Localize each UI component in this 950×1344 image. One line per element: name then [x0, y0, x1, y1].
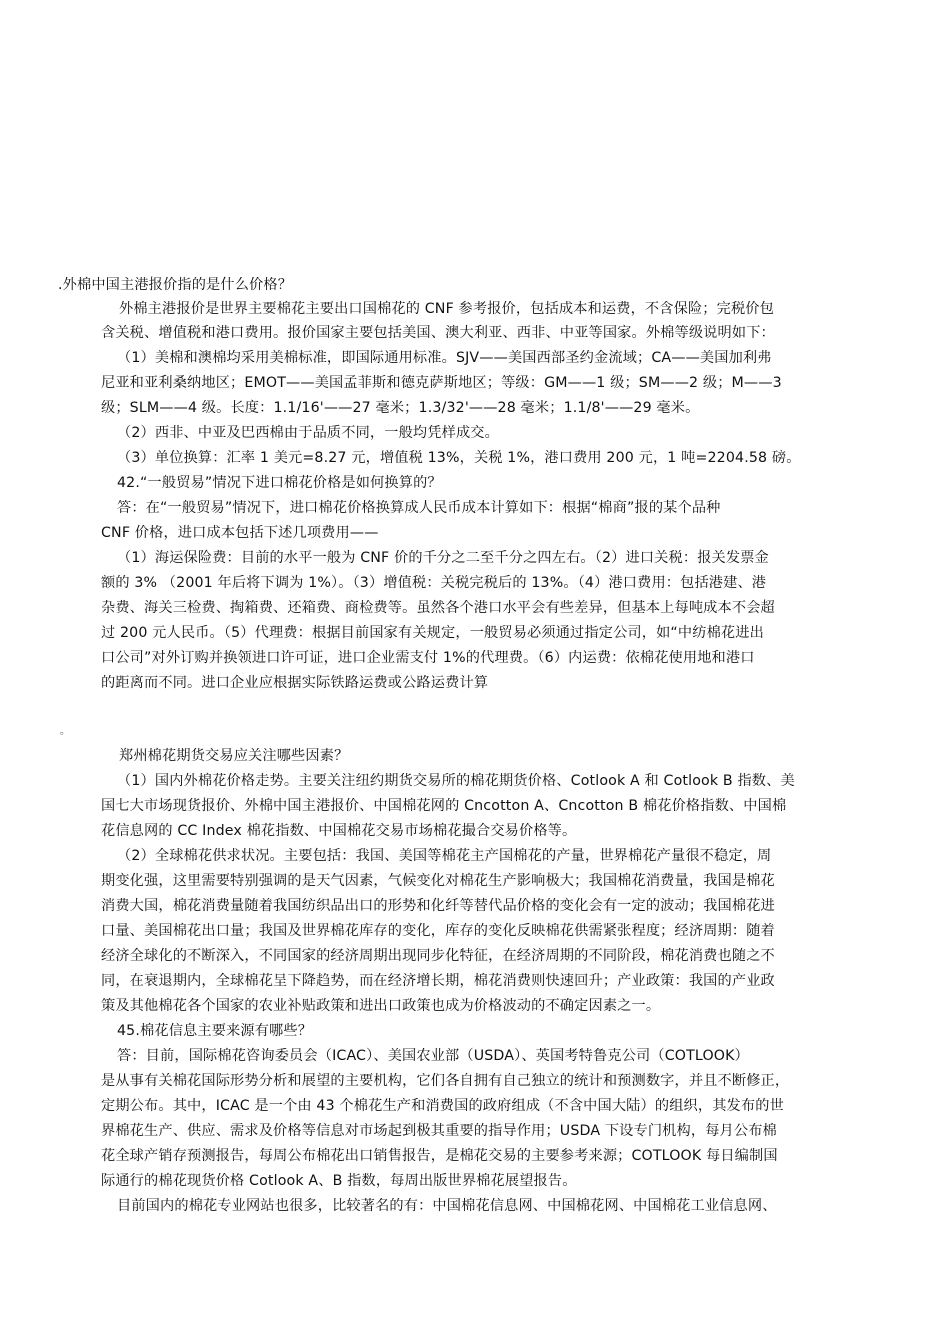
text-line: 国七大市场现货报价、外棉中国主港报价、中国棉花网的 Cncotton A、Cnc… [101, 796, 786, 816]
text-line: （1）美棉和澳棉均采用美棉标准，即国际通用标准。SJV——美国西部圣约金流域；C… [117, 348, 772, 368]
text-line: 目前国内的棉花专业网站也很多，比较著名的有：中国棉花信息网、中国棉花网、中国棉花… [117, 1196, 777, 1216]
text-line: （1）海运保险费：目前的水平一般为 CNF 价的千分之二至千分之四左右。（2）进… [117, 548, 769, 568]
text-line: 花全球产销存预测报告，每周公布棉花出口销售报告，是棉花交易的主要参考来源；COT… [101, 1146, 778, 1166]
text-line: 花信息网的 CC Index 棉花指数、中国棉花交易市场棉花撮合交易价格等。 [101, 821, 576, 841]
text-line: 外棉主港报价是世界主要棉花主要出口国棉花的 CNF 参考报价，包括成本和运费，不… [119, 299, 774, 319]
text-line: 定期公布。其中，ICAC 是一个由 43 个棉花生产和消费国的政府组成（不含中国… [101, 1096, 784, 1116]
text-line: 答：目前，国际棉花咨询委员会（ICAC）、美国农业部（USDA）、英国考特鲁克公… [117, 1046, 749, 1066]
text-line: 含关税、增值税和港口费用。报价国家主要包括美国、澳大利亚、西非、中亚等国家。外棉… [101, 323, 775, 343]
text-line: 答：在“一般贸易”情况下，进口棉花价格换算成人民币成本计算如下：根据“棉商”报的… [117, 498, 721, 518]
stray-punctuation: 。 [60, 722, 70, 737]
text-line: 经济全球化的不断深入，不同国家的经济周期出现同步化特征，在经济周期的不同阶段，棉… [101, 946, 775, 966]
text-line: 际通行的棉花现货价格 Cotlook A、B 指数，每周出版世界棉花展望报告。 [101, 1171, 577, 1191]
text-line: 42.“一般贸易”情况下进口棉花价格是如何换算的？ [117, 473, 442, 493]
text-line: 郑州棉花期货交易应关注哪些因素？ [119, 746, 348, 766]
text-line: 是从事有关棉花国际形势分析和展望的主要机构，它们各自拥有自己独立的统计和预测数字… [101, 1071, 789, 1091]
text-line: 界棉花生产、供应、需求及价格等信息对市场起到极其重要的指导作用；USDA 下设专… [101, 1121, 777, 1141]
text-line: CNF 价格，进口成本包括下述几项费用—— [101, 523, 379, 543]
text-line: 的距离而不同。进口企业应根据实际铁路运费或公路运费计算 [101, 673, 488, 693]
text-line: （2）西非、中亚及巴西棉由于品质不同，一般均凭样成交。 [117, 423, 499, 443]
text-line: 策及其他棉花各个国家的农业补贴政策和进出口政策也成为价格波动的不确定因素之一。 [101, 996, 660, 1016]
text-line: 同，在衰退期内，全球棉花呈下降趋势，而在经济增长期，棉花消费则快速回升；产业政策… [101, 971, 775, 991]
text-line: 期变化强，这里需要特别强调的是天气因素，气候变化对棉花生产影响极大；我国棉花消费… [101, 871, 775, 891]
text-line: 口公司”对外订购并换领进口许可证，进口企业需支付 1%的代理费。（6）内运费：依… [101, 648, 755, 668]
text-line: （2）全球棉花供求状况。主要包括：我国、美国等棉花主产国棉花的产量，世界棉花产量… [117, 846, 771, 866]
text-line: 级；SLM——4 级。长度：1.1/16'——27 毫米；1.3/32'——28… [101, 398, 699, 418]
text-line: 过 200 元人民币。（5）代理费：根据目前国家有关规定，一般贸易必须通过指定公… [101, 623, 764, 643]
text-line: 口量、美国棉花出口量；我国及世界棉花库存的变化，库存的变化反映棉花供需紧张程度；… [101, 921, 775, 941]
text-line: 45.棉花信息主要来源有哪些？ [117, 1021, 312, 1041]
document-page: 。 .外棉中国主港报价指的是什么价格？外棉主港报价是世界主要棉花主要出口国棉花的… [0, 0, 950, 1344]
text-line: （3）单位换算：汇率 1 美元=8.27 元，增值税 13%，关税 1%，港口费… [117, 448, 801, 468]
text-line: （1）国内外棉花价格走势。主要关注纽约期货交易所的棉花期货价格、Cotlook … [117, 771, 795, 791]
text-line: 额的 3% （2001 年后将下调为 1%）。（3）增值税：关税完税后的 13%… [101, 573, 766, 593]
text-line: 杂费、海关三检费、掏箱费、还箱费、商检费等。虽然各个港口水平会有些差异，但基本上… [101, 598, 775, 618]
text-line: .外棉中国主港报价指的是什么价格？ [58, 275, 292, 295]
text-line: 尼亚和亚利桑纳地区；EMOT——美国孟菲斯和德克萨斯地区；等级：GM——1 级；… [101, 373, 782, 393]
text-line: 消费大国，棉花消费量随着我国纺织品出口的形势和化纤等替代品价格的变化会有一定的波… [101, 896, 775, 916]
